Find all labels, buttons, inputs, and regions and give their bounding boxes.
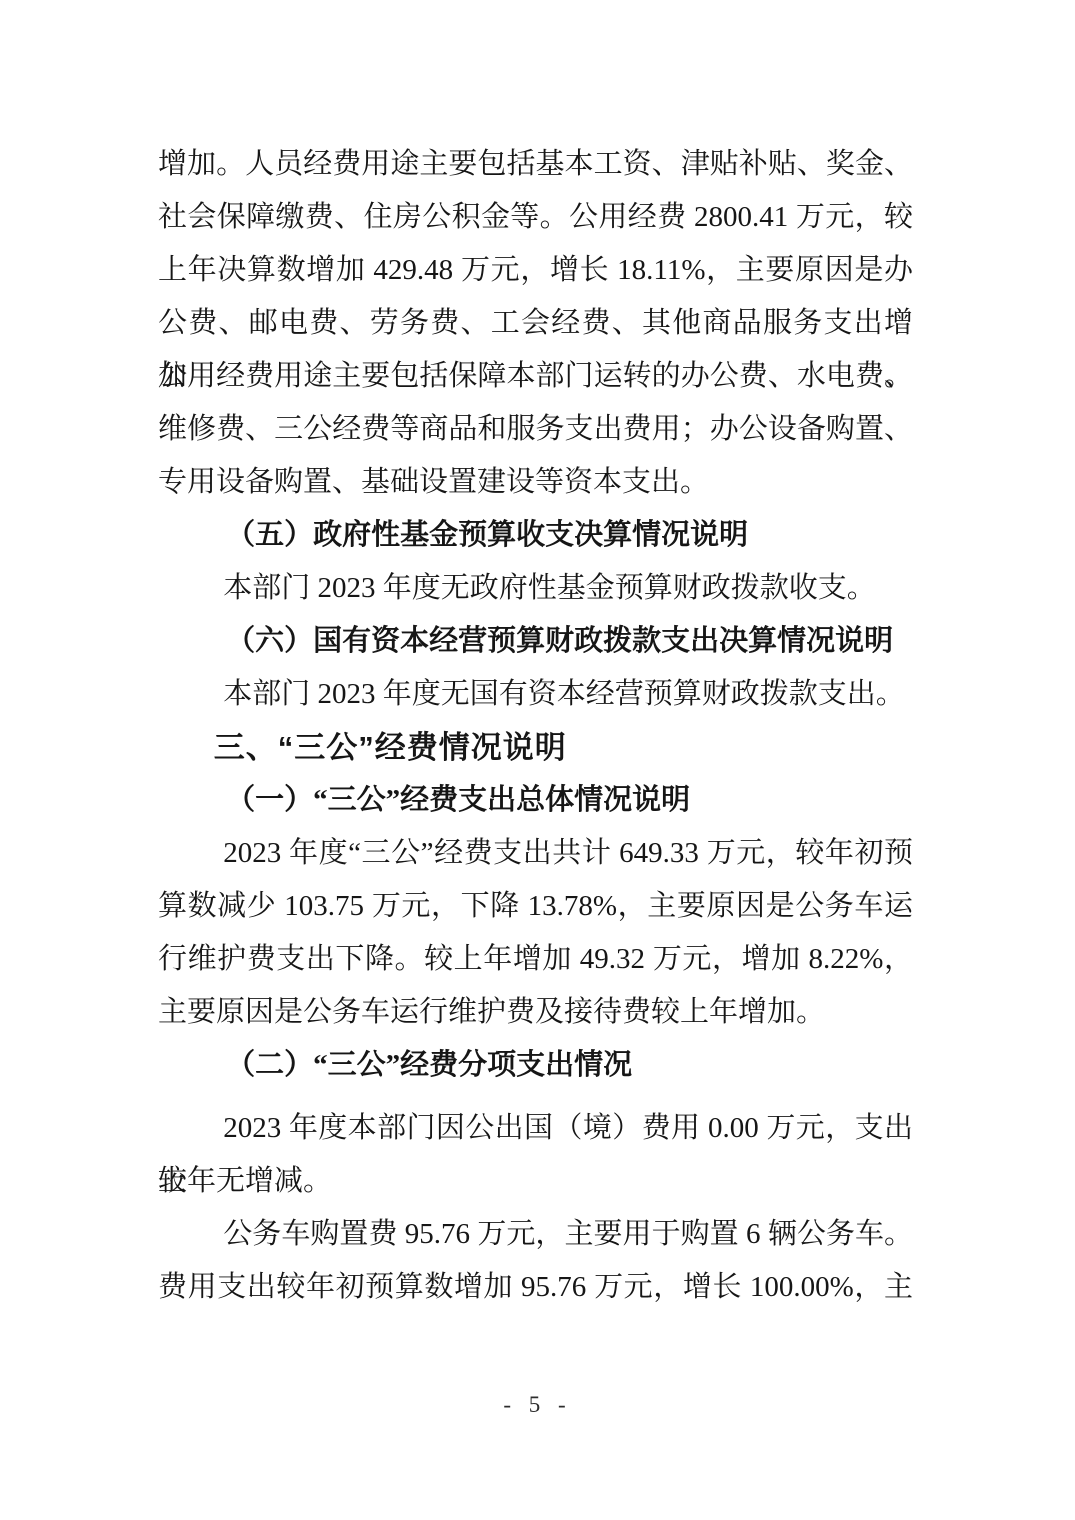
- section-heading: （六）国有资本经营预算财政拨款支出决算情况说明: [158, 615, 913, 668]
- document-body: 增加。人员经费用途主要包括基本工资、津贴补贴、奖金、 社会保障缴费、住房公积金等…: [158, 138, 913, 1314]
- section-heading: （二）“三公”经费分项支出情况: [158, 1039, 913, 1092]
- body-line: 算数减少 103.75 万元，下降 13.78%，主要原因是公务车运: [158, 880, 913, 933]
- body-line: 专用设备购置、基础设置建设等资本支出。: [158, 456, 913, 509]
- body-line: 本部门 2023 年度无国有资本经营预算财政拨款支出。: [158, 668, 913, 721]
- page-footer: - 5 -: [0, 1392, 1075, 1418]
- body-line: 行维护费支出下降。较上年增加 49.32 万元，增加 8.22%，: [158, 933, 913, 986]
- body-line: 上年无增减。: [158, 1155, 913, 1208]
- document-page: 增加。人员经费用途主要包括基本工资、津贴补贴、奖金、 社会保障缴费、住房公积金等…: [0, 0, 1075, 1520]
- body-line: 2023 年度本部门因公出国（境）费用 0.00 万元，支出较: [158, 1102, 913, 1155]
- body-line: 主要原因是公务车运行维护费及接待费较上年增加。: [158, 986, 913, 1039]
- body-line: 本部门 2023 年度无政府性基金预算财政拨款收支。: [158, 562, 913, 615]
- body-line: 维修费、三公经费等商品和服务支出费用；办公设备购置、: [158, 403, 913, 456]
- body-line: 增加。人员经费用途主要包括基本工资、津贴补贴、奖金、: [158, 138, 913, 191]
- body-line: 社会保障缴费、住房公积金等。公用经费 2800.41 万元，较: [158, 191, 913, 244]
- chapter-heading: 三、“三公”经费情况说明: [158, 721, 913, 774]
- body-line: 费用支出较年初预算数增加 95.76 万元，增长 100.00%，主: [158, 1261, 913, 1314]
- body-line: 上年决算数增加 429.48 万元，增长 18.11%，主要原因是办: [158, 244, 913, 297]
- page-number: - 5 -: [503, 1392, 571, 1417]
- body-line: 2023 年度“三公”经费支出共计 649.33 万元，较年初预: [158, 827, 913, 880]
- section-heading: （一）“三公”经费支出总体情况说明: [158, 774, 913, 827]
- body-line: 公用经费用途主要包括保障本部门运转的办公费、水电费、: [158, 350, 913, 403]
- body-line: 公费、邮电费、劳务费、工会经费、其他商品服务支出增加。: [158, 297, 913, 350]
- body-line: 公务车购置费 95.76 万元，主要用于购置 6 辆公务车。: [158, 1208, 913, 1261]
- section-heading: （五）政府性基金预算收支决算情况说明: [158, 509, 913, 562]
